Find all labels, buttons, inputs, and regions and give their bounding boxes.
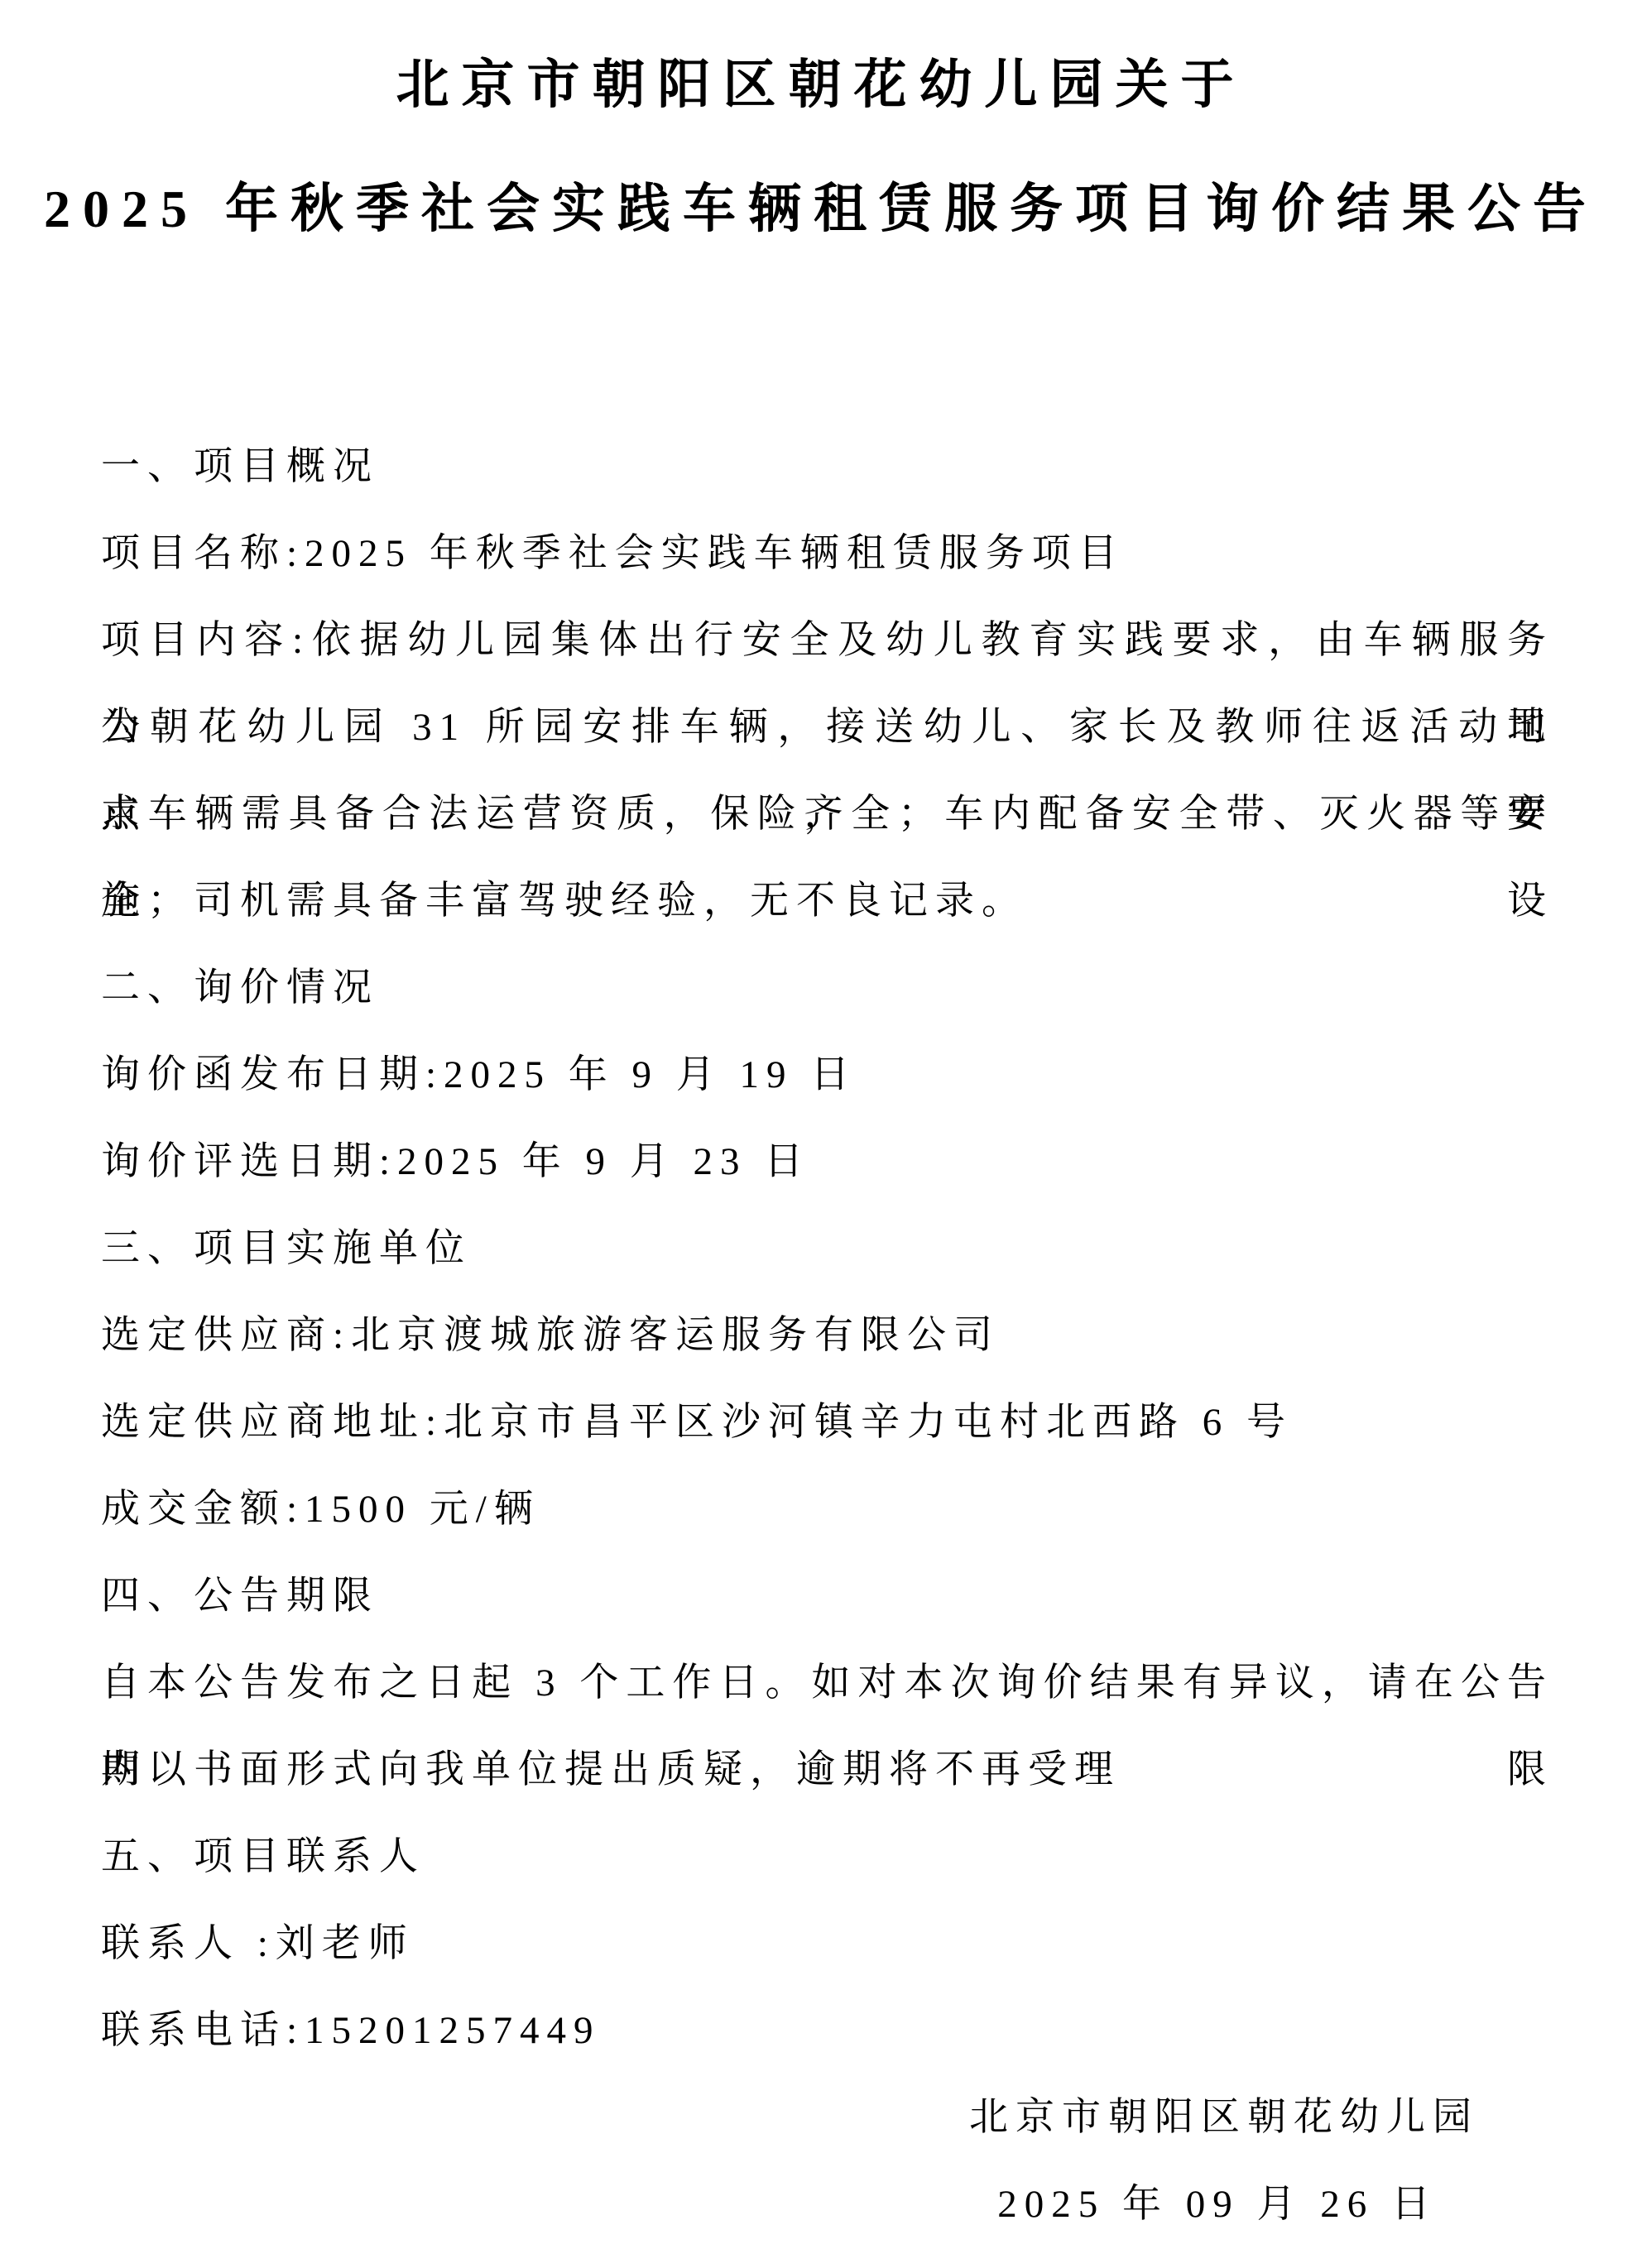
title-line-2: 2025 年秋季社会实践车辆租赁服务项目询价结果公告 [0, 167, 1642, 252]
inquiry-evaluation-date: 询价评选日期:2025 年 9 月 23 日 [101, 1119, 1553, 1206]
deal-amount: 成交金额:1500 元/辆 [101, 1466, 1553, 1553]
document-body: 一、项目概况 项目名称:2025 年秋季社会实践车辆租赁服务项目 项目内容:依据… [0, 424, 1642, 2248]
signature-org: 北京市朝阳区朝花幼儿园 [101, 2074, 1553, 2161]
signature-date: 2025 年 09 月 26 日 [101, 2161, 1553, 2248]
section-4-heading: 四、公告期限 [101, 1553, 1553, 1640]
project-content-line-1: 项目内容:依据幼儿园集体出行安全及幼儿教育实践要求，由车辆服务公司 [101, 597, 1553, 684]
document-title: 北京市朝阳区朝花幼儿园关于 2025 年秋季社会实践车辆租赁服务项目询价结果公告 [0, 0, 1642, 252]
selected-supplier: 选定供应商:北京渡城旅游客运服务有限公司 [101, 1292, 1553, 1379]
selected-supplier-address: 选定供应商地址:北京市昌平区沙河镇辛力屯村北西路 6 号 [101, 1379, 1553, 1466]
contact-phone: 联系电话:15201257449 [101, 1987, 1553, 2074]
project-name: 项目名称:2025 年秋季社会实践车辆租赁服务项目 [101, 511, 1553, 597]
section-5-heading: 五、项目联系人 [101, 1814, 1553, 1901]
section-1-heading: 一、项目概况 [101, 424, 1553, 511]
project-content-line-2: 为朝花幼儿园 31 所园安排车辆，接送幼儿、家长及教师往返活动地点，要 [101, 684, 1553, 771]
announcement-period-line-1: 自本公告发布之日起 3 个工作日。如对本次询价结果有异议，请在公告期限 [101, 1640, 1553, 1727]
contact-person: 联系人 :刘老师 [101, 1901, 1553, 1987]
document-page: 北京市朝阳区朝花幼儿园关于 2025 年秋季社会实践车辆租赁服务项目询价结果公告… [0, 0, 1642, 2268]
section-2-heading: 二、询价情况 [101, 945, 1553, 1032]
title-line-1: 北京市朝阳区朝花幼儿园关于 [0, 43, 1642, 127]
section-3-heading: 三、项目实施单位 [101, 1206, 1553, 1292]
project-content-line-3: 求车辆需具备合法运营资质，保险齐全；车内配备安全带、灭火器等安全设 [101, 771, 1553, 858]
inquiry-issue-date: 询价函发布日期:2025 年 9 月 19 日 [101, 1032, 1553, 1119]
